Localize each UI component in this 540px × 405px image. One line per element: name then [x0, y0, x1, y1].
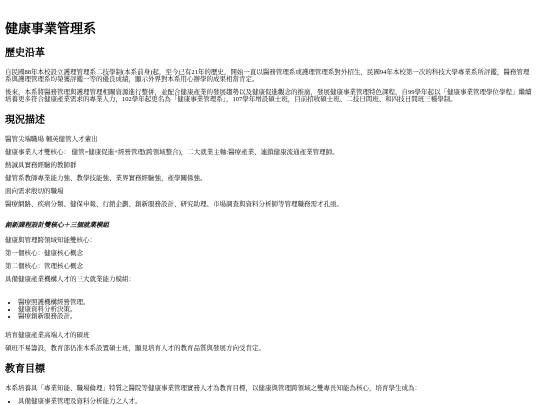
innovation-line-1: 健康與管理跨領域知能雙核心： — [5, 237, 535, 244]
section-heading-status: 現況描述 — [5, 115, 535, 126]
masters-line-2: 碩班不易籌設，教育部仍准本系設置碩士班，顯見培育人才的教育品質與發展方向受肯定。 — [5, 345, 535, 352]
section-heading-history: 歷史沿革 — [5, 48, 535, 59]
status-line-6: 醫療網路、疾病分類、健保申報、行銷企劃、創新服務設計、研究助理、市場調查與資料分… — [5, 201, 535, 208]
status-line-5: 面向需求殷切的職場 — [5, 188, 535, 195]
list-item: 醫療照護機構經營管理。 — [18, 299, 535, 306]
innovation-line-4: 具備健康產業機構人才的三大就業能力模組： — [5, 276, 535, 283]
status-line-3: 熱誠具實務經驗的教師群 — [5, 162, 535, 169]
innovation-line-2: 第一個核心：健康核心概念 — [5, 250, 535, 257]
status-line-2: 健康事業人才雙核心： 健管=健康促進+經營管理(跨領域整合)，二大就業主軸:醫療… — [5, 149, 535, 156]
list-item: 醫療創新服務設計。 — [18, 313, 535, 320]
status-line-4: 健管系教師專業能力強、教學技能強、業界實務經驗強，產學關係強。 — [5, 175, 535, 182]
innovation-bullet-list: 醫療照護機構經營管理。 健康資料分析決策。 醫療創新服務設計。 — [5, 299, 535, 320]
list-item: 具備健康事業管理及資料分析能力之人才。 — [18, 398, 535, 405]
section-heading-education: 教育目標 — [5, 364, 535, 375]
innovation-heading: 創新課程設計雙核心＋三個就業模組 — [5, 222, 535, 229]
status-line-1: 醫管尖端職場 輔英健管人才輩出 — [5, 136, 535, 143]
history-paragraph-2: 後來，本系將醫務管理與護理管理相關資源進行整併，並配合健康產業的發展趨勢以及健康… — [5, 89, 535, 103]
masters-line-1: 培育健康產業高端人才的碩班 — [5, 332, 535, 339]
education-bullet-list: 具備健康事業管理及資料分析能力之人才。 具備多元健康照護服務能力之人才。 — [5, 398, 535, 405]
history-paragraph-1: 自民國88年本校設立護理管理系二技學制(本系前身)起，至今已有21年的歷史，開始… — [5, 69, 535, 83]
page-title: 健康事業管理系 — [5, 22, 535, 36]
education-intro: 本系培養具「專業知能、職場倫理」特質之醫院等健康事業管理實務人才為教育目標，以健… — [5, 385, 535, 392]
innovation-line-3: 第二個核心：管理核心概念 — [5, 263, 535, 270]
list-item: 健康資料分析決策。 — [18, 306, 535, 313]
document-page: 健康事業管理系 歷史沿革 自民國88年本校設立護理管理系二技學制(本系前身)起，… — [0, 0, 540, 405]
